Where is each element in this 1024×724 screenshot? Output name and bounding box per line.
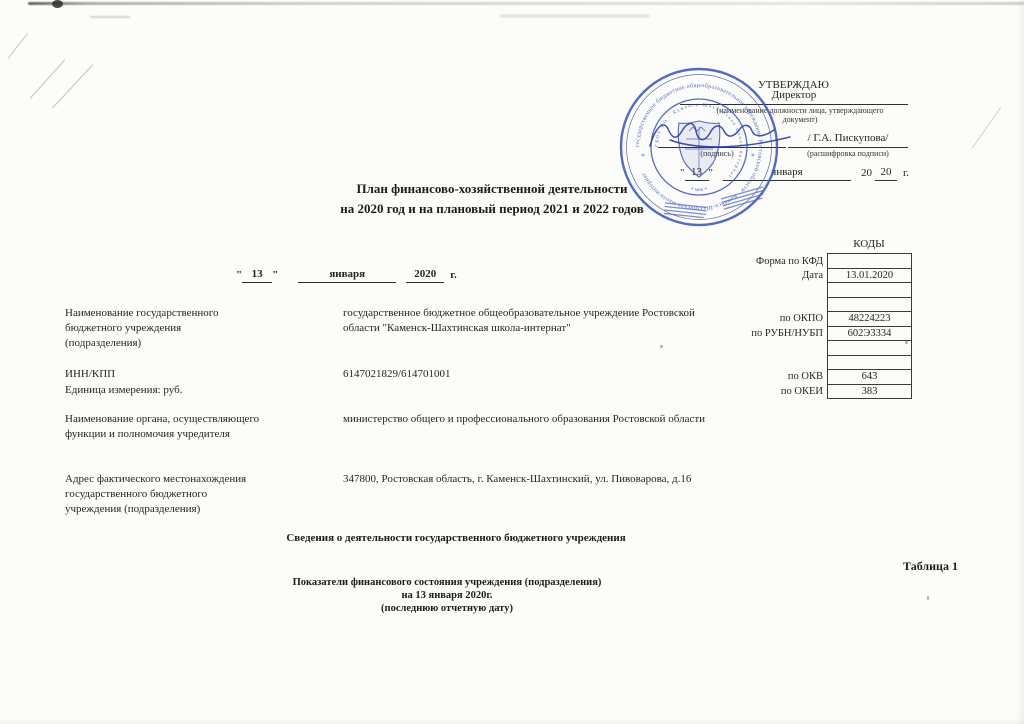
scan-artifact-smudge	[500, 15, 650, 17]
scan-edge-shadow	[1016, 0, 1024, 724]
date-month: января	[298, 267, 396, 283]
name-hint: (расшифровка подписи)	[788, 149, 908, 158]
section-heading: Сведения о деятельности государственного…	[106, 531, 806, 546]
scan-speck	[927, 596, 929, 600]
document-date-line: " 13 " января 2020 г.	[236, 266, 457, 283]
field-label-inn-kpp: ИНН/КПП	[65, 367, 320, 382]
pencil-mark	[972, 107, 1001, 149]
date-day: 13	[242, 267, 272, 283]
code-cell-rubn: 602Э3334	[828, 327, 911, 342]
handwritten-signature	[642, 114, 802, 156]
field-label-founder-body: Наименование органа, осуществляющего фун…	[65, 412, 320, 442]
scan-speck	[660, 345, 663, 348]
code-cell-empty	[828, 283, 911, 298]
field-value-founder-body: министерство общего и профессионального …	[343, 412, 788, 427]
approval-date-century: 20	[861, 166, 872, 181]
code-cell-okpo: 48224223	[828, 312, 911, 327]
scan-artifact-top-line	[28, 2, 1024, 5]
scan-artifact-blob	[52, 0, 63, 8]
approval-date-suffix: г.	[903, 166, 909, 181]
pencil-mark	[8, 33, 28, 59]
code-cell-empty	[828, 341, 911, 356]
code-label-data: Дата	[673, 269, 823, 283]
pencil-mark	[30, 60, 66, 99]
subheading-line1: Показатели финансового состояния учрежде…	[97, 576, 797, 589]
field-value-inn-kpp: 6147021829/614701001	[343, 367, 788, 382]
code-cell-empty	[828, 298, 911, 313]
field-label-institution-name: Наименование государственного бюджетного…	[65, 306, 320, 351]
table-reference: Таблица 1	[903, 559, 958, 574]
code-cell-forma	[828, 254, 911, 269]
date-year: 2020	[406, 267, 444, 283]
approval-date-year: 20	[875, 165, 897, 181]
subheading-line2: на 13 января 2020г.	[97, 589, 797, 602]
field-value-address: 347800, Ростовская область, г. Каменск-Ш…	[343, 472, 788, 487]
document-title: План финансово-хозяйственной деятельност…	[242, 179, 742, 219]
field-value-institution-name: государственное бюджетное общеобразовате…	[343, 306, 788, 336]
field-label-measure-unit: Единица измерения: руб.	[65, 383, 320, 398]
code-cell-okei: 383	[828, 385, 911, 399]
scan-edge-shadow	[0, 718, 1024, 724]
date-suffix: г.	[450, 268, 457, 283]
codes-table-header: КОДЫ	[827, 237, 911, 252]
section-subheading: Показатели финансового состояния учрежде…	[97, 576, 797, 615]
code-cell-okv: 643	[828, 370, 911, 385]
code-label-forma: Форма по КФД	[673, 255, 823, 269]
code-label-okei: по ОКЕИ	[673, 385, 823, 399]
field-label-address: Адрес фактического местонахождения госуд…	[65, 472, 320, 517]
code-cell-empty	[828, 356, 911, 371]
approver-name: / Г.А. Пискупова/	[788, 131, 908, 148]
subheading-line3: (последнюю отчетную дату)	[97, 602, 797, 615]
pencil-mark	[52, 64, 94, 109]
quote-mark: "	[272, 268, 278, 283]
scanned-document-page: УТВЕРЖДАЮ Директор (наименование должнос…	[0, 0, 1024, 724]
scan-artifact-smudge	[90, 16, 130, 18]
codes-table: 13.01.2020 48224223 602Э3334 643 383	[827, 253, 912, 399]
code-cell-data: 13.01.2020	[828, 269, 911, 284]
